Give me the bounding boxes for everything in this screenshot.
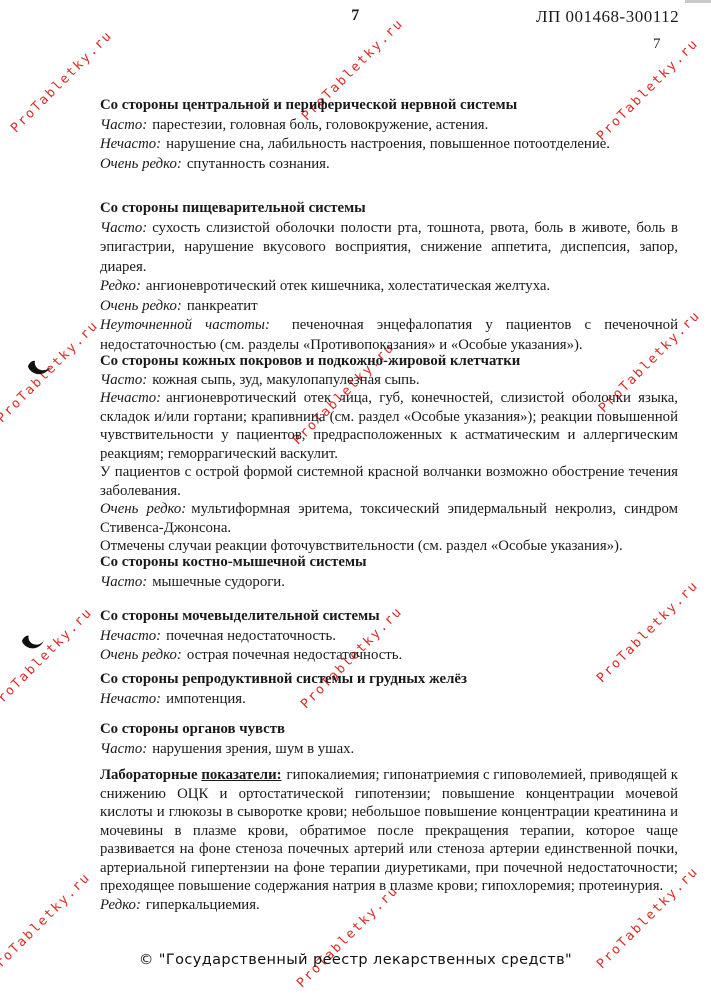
section-line: Очень редко:спутанность сознания. bbox=[100, 155, 678, 175]
ink-blot-crescent-icon bbox=[26, 358, 52, 383]
frequency-label: Часто: bbox=[100, 372, 147, 388]
section-text: мультиформная эритема, токсический эпиде… bbox=[100, 501, 678, 536]
section-heading: Со стороны репродуктивной системы и груд… bbox=[100, 670, 678, 690]
section-text: почечная недостаточность. bbox=[166, 628, 336, 644]
section-text: сухость слизистой оболочки полости рта, … bbox=[100, 220, 678, 275]
lab-paragraph: Лабораторные показатели:гипокалиемия; ги… bbox=[100, 766, 678, 896]
section-text: гиперкальциемия. bbox=[146, 897, 260, 913]
page-number-right: 7 bbox=[653, 36, 661, 53]
frequency-label: Очень редко: bbox=[100, 156, 182, 172]
ink-blot-crescent-icon bbox=[20, 633, 45, 657]
lab-text: гипокалиемия; гипонатриемия с гиповолеми… bbox=[100, 767, 678, 894]
section-sense-organs: Со стороны органов чувств Часто:нарушени… bbox=[100, 720, 678, 759]
section-text: кожная сыпь, зуд, макулопапулезная сыпь. bbox=[152, 372, 419, 388]
frequency-label: Часто: bbox=[100, 220, 147, 236]
frequency-label: Часто: bbox=[100, 117, 147, 133]
section-nervous-system: Со стороны центральной и периферической … bbox=[100, 96, 678, 174]
section-text: парестезии, головная боль, головокружени… bbox=[152, 117, 488, 133]
section-musculoskeletal: Со стороны костно-мышечной системы Часто… bbox=[100, 553, 678, 592]
section-laboratory: Лабораторные показатели:гипокалиемия; ги… bbox=[100, 766, 678, 914]
section-skin: Со стороны кожных покровов и подкожно-жи… bbox=[100, 352, 678, 556]
frequency-label: Редко: bbox=[100, 897, 141, 913]
section-heading: Со стороны кожных покровов и подкожно-жи… bbox=[100, 352, 678, 371]
section-heading: Со стороны центральной и периферической … bbox=[100, 96, 678, 116]
section-text: импотенция. bbox=[166, 691, 246, 707]
frequency-label: Часто: bbox=[100, 741, 147, 757]
section-line: Очень редко:мультиформная эритема, токси… bbox=[100, 500, 678, 537]
lab-label-word: Лабораторные bbox=[100, 767, 198, 783]
section-line: Часто:кожная сыпь, зуд, макулопапулезная… bbox=[100, 371, 678, 390]
watermark-protabletky: ProTabletky.ru bbox=[0, 605, 96, 713]
section-text: спутанность сознания. bbox=[187, 156, 330, 172]
section-text: ангионевротический отек кишечника, холес… bbox=[146, 278, 550, 294]
section-line: Часто:нарушения зрения, шум в ушах. bbox=[100, 740, 678, 760]
section-text: панкреатит bbox=[187, 298, 258, 314]
frequency-label: Неуточненной частоты: bbox=[100, 317, 270, 333]
section-text: ангионевротический отек лица, губ, конеч… bbox=[100, 390, 678, 462]
frequency-label: Нечасто: bbox=[100, 628, 161, 644]
section-line: Редко:гиперкальциемия. bbox=[100, 896, 678, 915]
frequency-label: Нечасто: bbox=[100, 691, 161, 707]
document-page: 7 ЛП 001468-300112 7 ProTabletky.ru ProT… bbox=[0, 0, 711, 1000]
section-line: Нечасто:ангионевротический отек лица, гу… bbox=[100, 389, 678, 463]
section-line: Нечасто:импотенция. bbox=[100, 690, 678, 710]
frequency-label: Нечасто: bbox=[100, 390, 161, 406]
frequency-label: Очень редко: bbox=[100, 501, 186, 517]
section-line: Часто:мышечные судороги. bbox=[100, 573, 678, 593]
frequency-label: Нечасто: bbox=[100, 136, 161, 152]
section-heading: Со стороны костно-мышечной системы bbox=[100, 553, 678, 573]
scan-edge-artifact bbox=[685, 0, 711, 3]
section-line: У пациентов с острой формой системной кр… bbox=[100, 463, 678, 500]
section-text: нарушения зрения, шум в ушах. bbox=[152, 741, 354, 757]
section-text: острая почечная недостаточность. bbox=[187, 647, 402, 663]
section-line: Очень редко:острая почечная недостаточно… bbox=[100, 646, 678, 666]
section-heading: Со стороны органов чувств bbox=[100, 720, 678, 740]
footer-copyright: © "Государственный реестр лекарственных … bbox=[0, 952, 711, 968]
frequency-label: Очень редко: bbox=[100, 647, 182, 663]
frequency-label: Редко: bbox=[100, 278, 141, 294]
section-heading: Со стороны мочевыделительной системы bbox=[100, 607, 678, 627]
section-text: мышечные судороги. bbox=[152, 574, 285, 590]
section-digestive-system: Со стороны пищеварительной системы Часто… bbox=[100, 199, 678, 355]
section-line: Часто:парестезии, головная боль, головок… bbox=[100, 116, 678, 136]
lab-label: Лабораторные показатели: bbox=[100, 767, 282, 783]
section-line: Нечасто:почечная недостаточность. bbox=[100, 627, 678, 647]
section-text: У пациентов с острой формой системной кр… bbox=[100, 464, 678, 499]
section-reproductive: Со стороны репродуктивной системы и груд… bbox=[100, 670, 678, 709]
frequency-label: Очень редко: bbox=[100, 298, 182, 314]
section-line: Нечасто:нарушение сна, лабильность настр… bbox=[100, 135, 678, 155]
section-line: Неуточненной частоты:печеночная энцефало… bbox=[100, 316, 678, 355]
section-urinary: Со стороны мочевыделительной системы Неч… bbox=[100, 607, 678, 666]
section-text: нарушение сна, лабильность настроения, п… bbox=[166, 136, 610, 152]
section-line: Очень редко:панкреатит bbox=[100, 297, 678, 317]
section-heading: Со стороны пищеварительной системы bbox=[100, 199, 678, 219]
lab-label-underlined: показатели: bbox=[201, 767, 281, 783]
registration-number: ЛП 001468-300112 bbox=[536, 7, 679, 27]
section-text: Отмечены случаи реакции фоточувствительн… bbox=[100, 538, 623, 554]
section-line: Редко:ангионевротический отек кишечника,… bbox=[100, 277, 678, 297]
frequency-label: Часто: bbox=[100, 574, 147, 590]
section-line: Часто:сухость слизистой оболочки полости… bbox=[100, 219, 678, 278]
